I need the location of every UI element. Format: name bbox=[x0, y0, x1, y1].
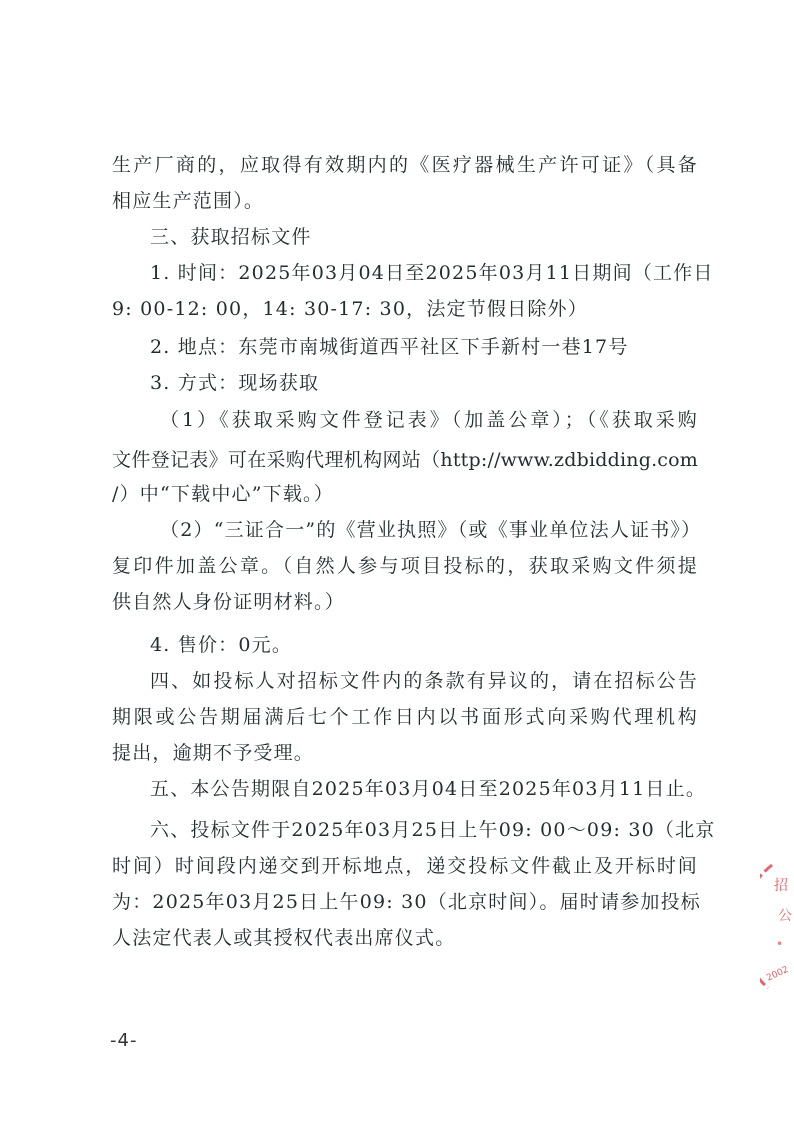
seal-icon: 招 公 • 2002 bbox=[760, 860, 794, 1000]
paragraph-line: 1. 时间：2025年03月04日至2025年03月11日期间（工作日 bbox=[150, 255, 698, 291]
paragraph-line: 供自然人身份证明材料。） bbox=[112, 584, 698, 620]
svg-text:公: 公 bbox=[778, 908, 792, 924]
paragraph-line: 为：2025年03月25日上午09: 30（北京时间）。届时请参加投标 bbox=[112, 884, 698, 920]
page-number: -4- bbox=[110, 1030, 137, 1051]
paragraph-line: 文件登记表》可在采购代理机构网站（http://www.zdbidding.co… bbox=[112, 442, 698, 478]
svg-text:•: • bbox=[776, 937, 783, 951]
paragraph-line: 生产厂商的，应取得有效期内的《医疗器械生产许可证》（具备 bbox=[112, 147, 698, 183]
paragraph-line: 提出，逾期不予受理。 bbox=[112, 735, 698, 771]
svg-text:2002: 2002 bbox=[765, 965, 790, 984]
section-heading: 五、本公告期限自2025年03月04日至2025年03月11日止。 bbox=[150, 771, 698, 807]
paragraph-line: 相应生产范围）。 bbox=[112, 183, 698, 219]
paragraph-line: /）中“下载中心”下载。） bbox=[112, 476, 698, 512]
paragraph-line: 4. 售价：0元。 bbox=[150, 627, 698, 663]
official-seal-stamp: 招 公 • 2002 bbox=[760, 860, 794, 1000]
paragraph-line: 9: 00-12: 00，14: 30-17: 30，法定节假日除外） bbox=[112, 291, 698, 327]
paragraph-line: 3. 方式：现场获取 bbox=[150, 365, 698, 401]
paragraph-line: （2）“三证合一”的《营业执照》（或《事业单位法人证书》） bbox=[160, 512, 698, 548]
paragraph-line: 六、投标文件于2025年03月25日上午09: 00～09: 30（北京 bbox=[150, 812, 698, 848]
svg-text:招: 招 bbox=[774, 877, 788, 894]
paragraph-line: 2. 地点：东莞市南城街道西平社区下手新村一巷17号 bbox=[150, 329, 698, 365]
paragraph-line: 复印件加盖公章。（自然人参与项目投标的，获取采购文件须提 bbox=[112, 548, 698, 584]
document-page: 生产厂商的，应取得有效期内的《医疗器械生产许可证》（具备 相应生产范围）。 三、… bbox=[0, 0, 794, 1122]
paragraph-line: 时间）时间段内递交到开标地点，递交投标文件截止及开标时间 bbox=[112, 848, 698, 884]
paragraph-line: 人法定代表人或其授权代表出席仪式。 bbox=[112, 920, 698, 956]
paragraph-line: 期限或公告期届满后七个工作日内以书面形式向采购代理机构 bbox=[112, 699, 698, 735]
paragraph-line: （1）《获取采购文件登记表》（加盖公章）；（《获取采购 bbox=[160, 402, 698, 438]
paragraph-line: 四、如投标人对招标文件内的条款有异议的，请在招标公告 bbox=[150, 663, 698, 699]
section-heading: 三、获取招标文件 bbox=[150, 219, 698, 255]
